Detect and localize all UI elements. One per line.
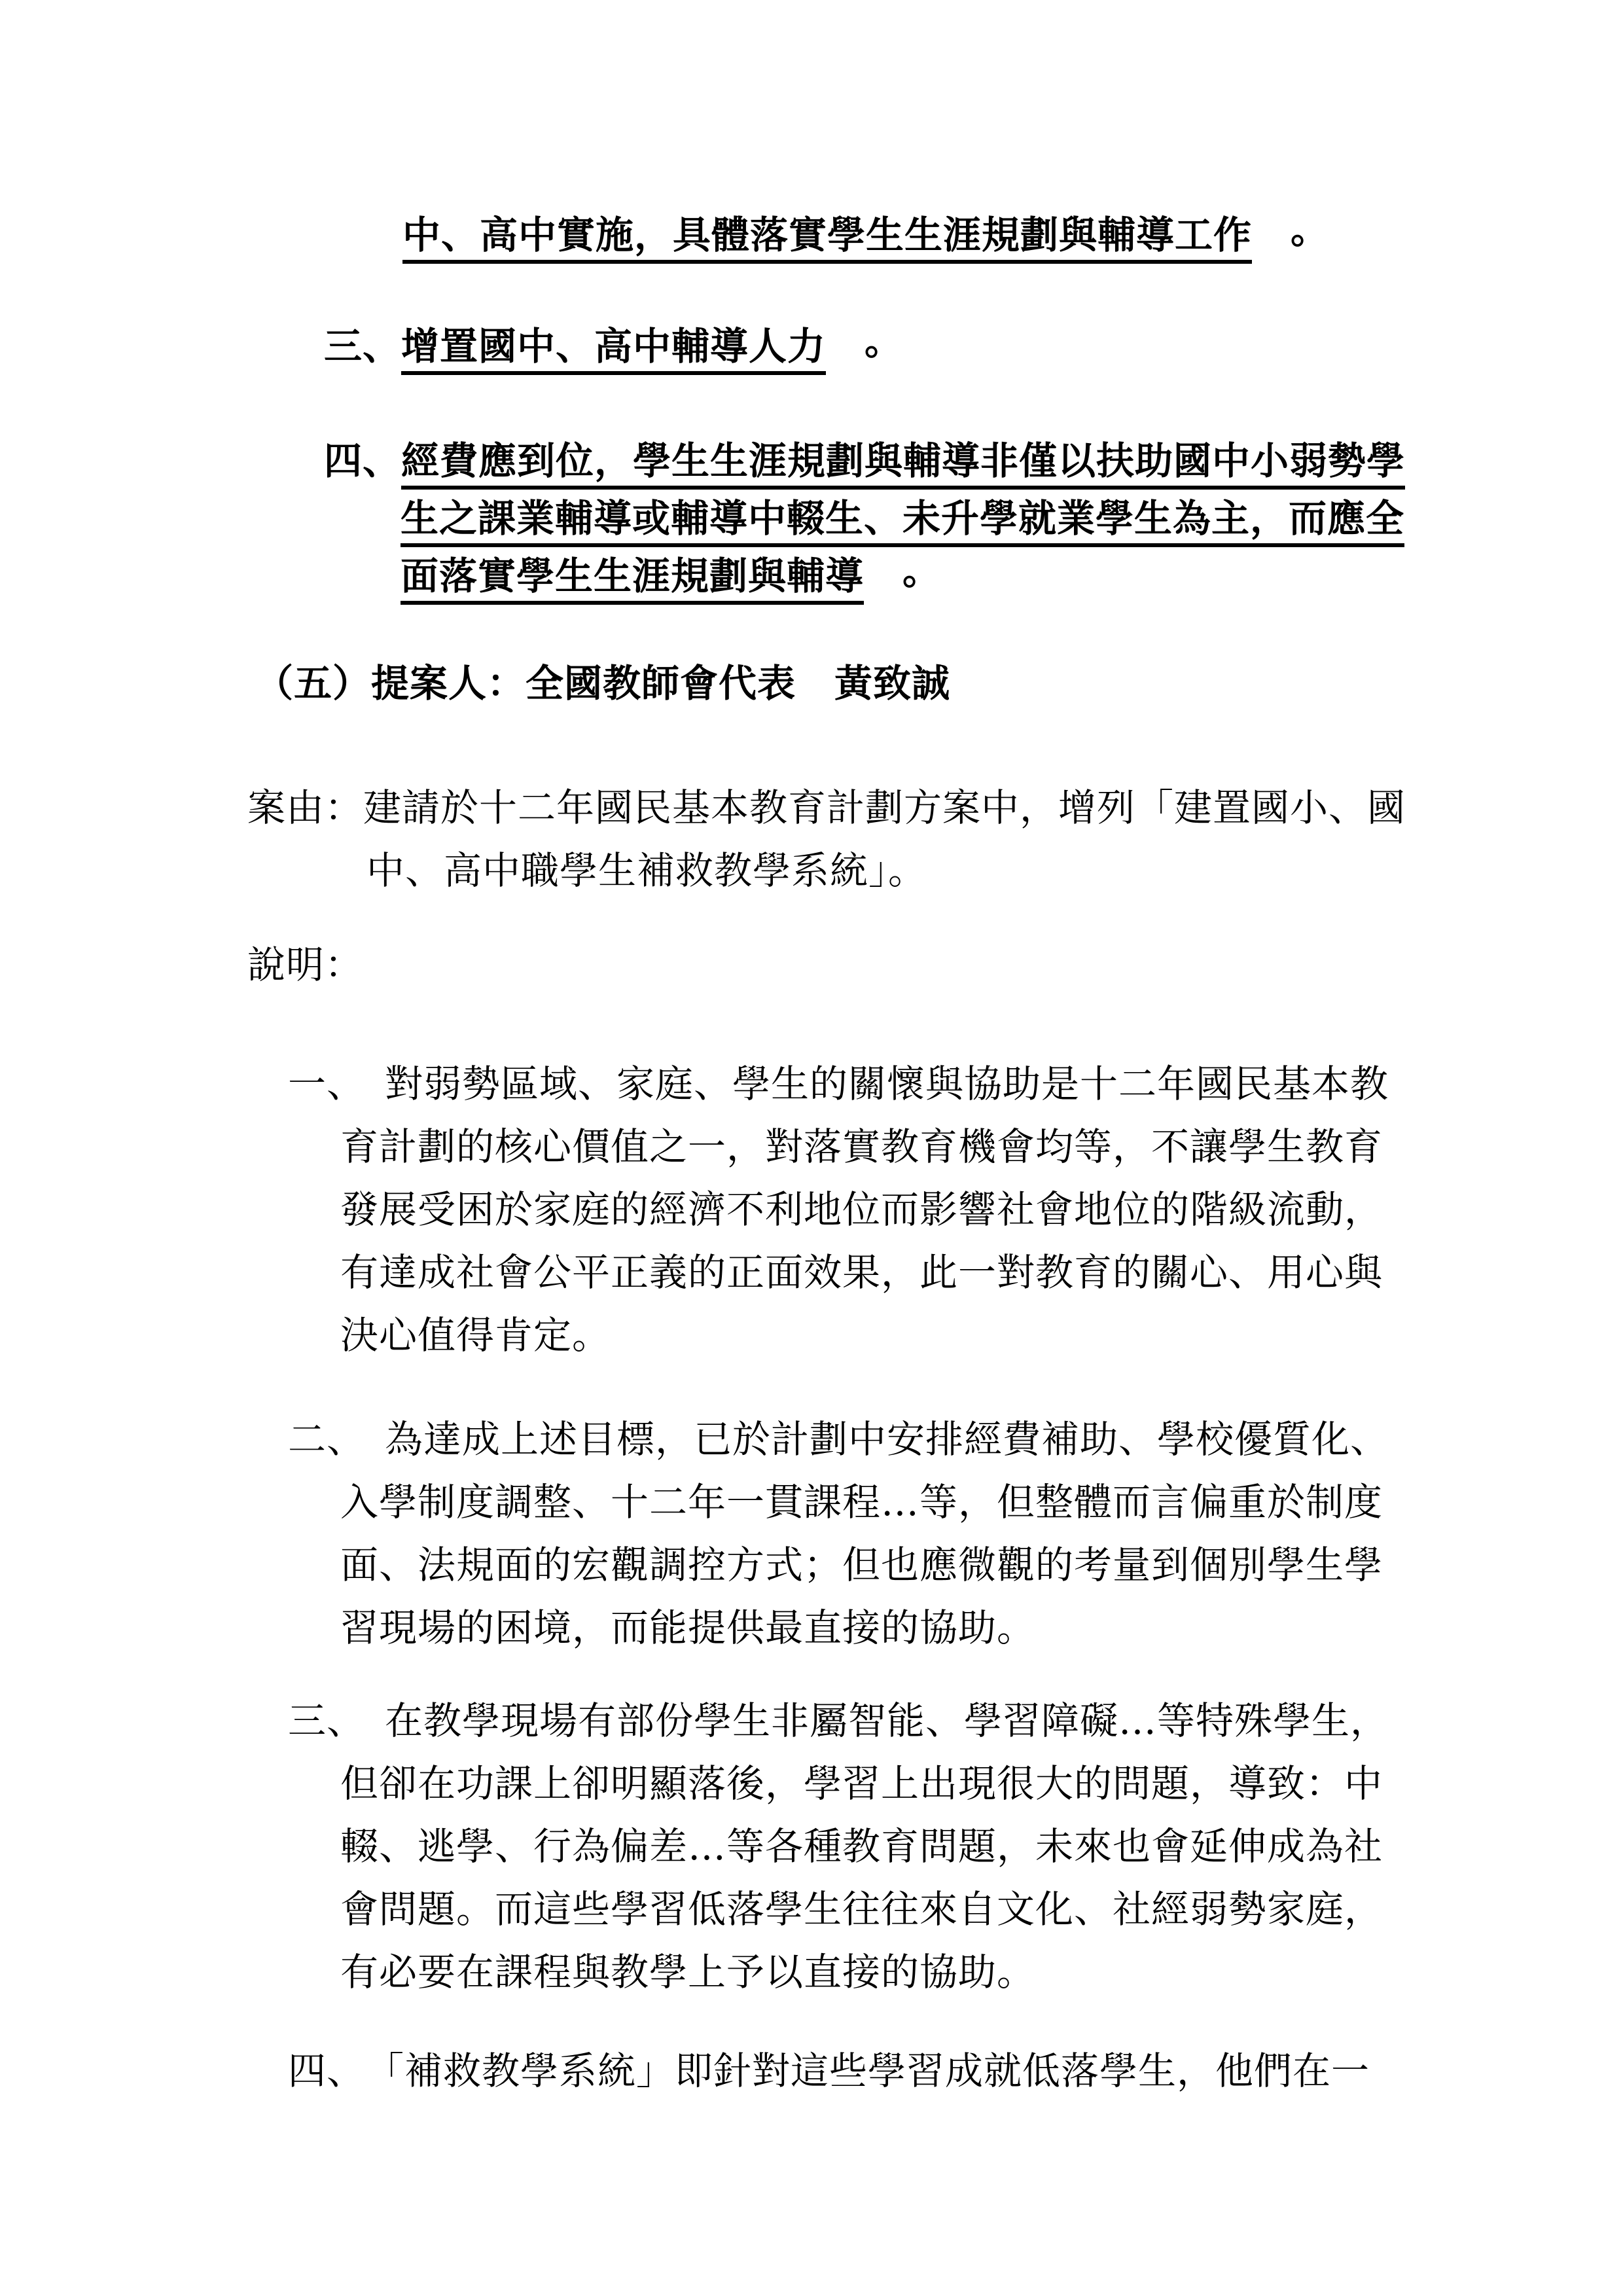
text-line: 四、 「補救教學系統」即針對這些學習成就低落學生，他們在一 [288,2039,1370,2102]
text-line: 輟、逃學、行為偏差…等各種教育問題，未來也會延伸成為社 [340,1815,1389,1878]
underlined-text: 面落實學生生涯規劃與輔導 [401,554,864,605]
line-tail-period: 。 [1252,207,1329,252]
text-line: 面落實學生生涯規劃與輔導 。 [401,547,1405,605]
body-text: 說明： [247,942,363,987]
text-line: 面、法規面的宏觀調控方式；但也應微觀的考量到個別學生學 [340,1534,1389,1596]
explanation-label: 說明： [247,933,363,996]
text-line: 有必要在課程與教學上予以直接的協助。 [340,1941,1389,2003]
text-line: 會問題。而這些學習低落學生往往來自文化、社經弱勢家庭， [340,1878,1389,1941]
body-text: 決心值得肯定。 [340,1313,611,1357]
text-line: 一、 對弱勢區域、家庭、學生的關懷與協助是十二年國民基本教 [288,1052,1389,1115]
body-text: 會問題。而這些學習低落學生往往來自文化、社經弱勢家庭， [340,1887,1383,1931]
carryover-heading-line: 中、高中實施，具體落實學生生涯規劃與輔導工作 。 [402,204,1329,266]
body-text: 有必要在課程與教學上予以直接的協助。 [340,1950,1035,1994]
text-line: 育計劃的核心價值之一，對落實教育機會均等，不讓學生教育 [340,1115,1389,1178]
text-line: 三、 在教學現場有部份學生非屬智能、學習障礙…等特殊學生， [288,1689,1389,1752]
text-line: 三、增置國中、高中輔導人力 。 [324,315,903,378]
text-line: 二、 為達成上述目標，已於計劃中安排經費補助、學校優質化、 [288,1408,1389,1471]
numbered-heading-3: 三、增置國中、高中輔導人力 。 [324,315,903,378]
body-text: 輟、逃學、行為偏差…等各種教育問題，未來也會延伸成為社 [340,1824,1383,1869]
numbered-heading-4: 四、經費應到位，學生生涯規劃與輔導非僅以扶助國中小弱勢學 生之課業輔導或輔導中輟… [324,432,1405,605]
body-text: 一、 對弱勢區域、家庭、學生的關懷與協助是十二年國民基本教 [288,1062,1389,1106]
explanation-item-1: 一、 對弱勢區域、家庭、學生的關懷與協助是十二年國民基本教 育計劃的核心價值之一… [288,1052,1389,1367]
text-line: 但卻在功課上卻明顯落後，學習上出現很大的問題，導致：中 [340,1752,1389,1815]
case-subject: 案由：建請於十二年國民基本教育計劃方案中，增列「建置國小、國 中、高中職學生補救… [247,776,1406,902]
body-text: 三、 在教學現場有部份學生非屬智能、學習障礙…等特殊學生， [288,1698,1389,1743]
text-line: 決心值得肯定。 [340,1304,1389,1367]
body-text: 但卻在功課上卻明顯落後，學習上出現很大的問題，導致：中 [340,1761,1383,1806]
explanation-item-3: 三、 在教學現場有部份學生非屬智能、學習障礙…等特殊學生， 但卻在功課上卻明顯落… [288,1689,1389,2003]
list-numeral: 四、 [324,439,401,483]
body-text: 四、 「補救教學系統」即針對這些學習成就低落學生，他們在一 [288,2049,1370,2093]
proposer-heading: （五）提案人：全國教師會代表 黃致誠 [255,652,950,715]
document-page: 中、高中實施，具體落實學生生涯規劃與輔導工作 。 三、增置國中、高中輔導人力 。… [0,0,1623,2296]
body-text: 二、 為達成上述目標，已於計劃中安排經費補助、學校優質化、 [288,1417,1389,1462]
text-line: 中、高中實施，具體落實學生生涯規劃與輔導工作 。 [402,204,1329,266]
underlined-text: 經費應到位，學生生涯規劃與輔導非僅以扶助國中小弱勢學 [401,439,1405,490]
text-line: 生之課業輔導或輔導中輟生、未升學就業學生為主，而應全 [401,490,1405,547]
body-text: 發展受困於家庭的經濟不利地位而影響社會地位的階級流動， [340,1187,1383,1232]
body-text: 入學制度調整、十二年一貫課程…等，但整體而言偏重於制度 [340,1480,1383,1524]
text-line: 發展受困於家庭的經濟不利地位而影響社會地位的階級流動， [340,1178,1389,1241]
list-numeral: 三、 [324,324,401,368]
underlined-text: 增置國中、高中輔導人力 [401,324,826,375]
text-line: 入學制度調整、十二年一貫課程…等，但整體而言偏重於制度 [340,1471,1389,1534]
line-tail-period: 。 [826,319,903,363]
text-line: 四、經費應到位，學生生涯規劃與輔導非僅以扶助國中小弱勢學 [324,432,1405,490]
explanation-item-4: 四、 「補救教學系統」即針對這些學習成就低落學生，他們在一 [288,2039,1370,2102]
text-line: （五）提案人：全國教師會代表 黃致誠 [255,652,950,715]
body-text: 習現場的困境，而能提供最直接的協助。 [340,1605,1035,1650]
text-line: 有達成社會公平正義的正面效果，此一對教育的關心、用心與 [340,1241,1389,1304]
explanation-item-2: 二、 為達成上述目標，已於計劃中安排經費補助、學校優質化、 入學制度調整、十二年… [288,1408,1389,1659]
body-text: 育計劃的核心價值之一，對落實教育機會均等，不讓學生教育 [340,1124,1383,1169]
text-line: 中、高中職學生補救教學系統」。 [366,839,1406,902]
underlined-text: 中、高中實施，具體落實學生生涯規劃與輔導工作 [402,213,1252,264]
text-line: 案由：建請於十二年國民基本教育計劃方案中，增列「建置國小、國 [247,776,1406,839]
text-line: 習現場的困境，而能提供最直接的協助。 [340,1596,1389,1659]
body-text: 中、高中職學生補救教學系統」。 [366,848,927,893]
heading-text: （五）提案人：全國教師會代表 黃致誠 [255,661,950,706]
underlined-text: 生之課業輔導或輔導中輟生、未升學就業學生為主，而應全 [401,496,1404,547]
body-text: 面、法規面的宏觀調控方式；但也應微觀的考量到個別學生學 [340,1543,1383,1587]
body-text: 有達成社會公平正義的正面效果，此一對教育的關心、用心與 [340,1250,1383,1295]
body-text: 案由：建請於十二年國民基本教育計劃方案中，增列「建置國小、國 [247,785,1406,830]
line-tail-period: 。 [864,548,941,593]
text-line: 說明： [247,933,363,996]
